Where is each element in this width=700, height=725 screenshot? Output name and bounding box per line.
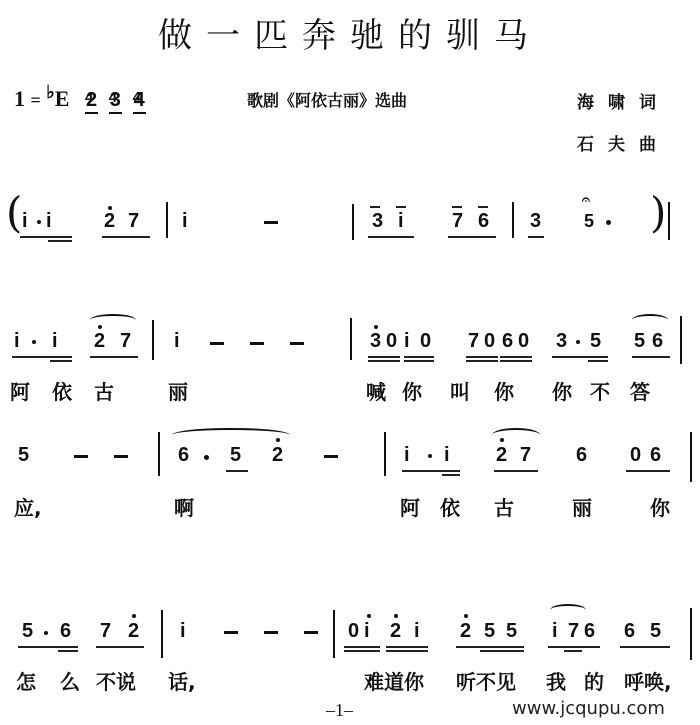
note: i bbox=[182, 210, 188, 232]
extension-dash bbox=[304, 631, 318, 634]
watermark: www.jcqupu.com bbox=[512, 698, 665, 719]
lyric: 不 bbox=[590, 376, 610, 405]
subtitle: 歌剧《阿依古丽》选曲 bbox=[247, 88, 407, 111]
bar-line bbox=[350, 318, 352, 360]
lyric: 听不见 bbox=[456, 666, 516, 695]
underline bbox=[386, 650, 428, 652]
note: i bbox=[22, 210, 28, 232]
bar-line bbox=[680, 316, 682, 364]
note: 5 bbox=[634, 330, 645, 352]
slur bbox=[172, 428, 290, 442]
note: 5 bbox=[484, 620, 495, 642]
note: 3 bbox=[372, 210, 383, 232]
extension-dash bbox=[324, 455, 338, 458]
extension-dash bbox=[290, 342, 304, 345]
underline bbox=[500, 356, 532, 358]
lyric: 古 bbox=[494, 492, 514, 521]
line-2-row: 5 6 5 2 i i 2 7 6 0 6 bbox=[0, 428, 700, 468]
duration-dot bbox=[204, 455, 209, 460]
note: i bbox=[398, 210, 404, 232]
note: 5 bbox=[650, 620, 661, 642]
note: 7 bbox=[452, 210, 463, 232]
composer-credit: 石夫曲 bbox=[577, 130, 670, 155]
page-number: –1– bbox=[326, 700, 353, 721]
duration-dot bbox=[576, 340, 580, 344]
lyric: 古 bbox=[94, 376, 114, 405]
close-parenthesis: ) bbox=[650, 192, 666, 234]
lyric: 叫 bbox=[450, 376, 470, 405]
note: 6 bbox=[624, 620, 635, 642]
lyric: 答 bbox=[630, 376, 650, 405]
note: 0 bbox=[386, 330, 397, 352]
line-3-row: 5 6 7 2 i 0 i 2 i 2 5 5 i 7 6 6 5 bbox=[0, 604, 700, 644]
line-1-lyrics: 阿 依 古 丽 喊 你 叫 你 你 不 答 bbox=[0, 376, 700, 416]
underline bbox=[456, 646, 524, 648]
note: 5 bbox=[18, 444, 29, 466]
bar-line bbox=[161, 610, 163, 658]
note: 7 bbox=[120, 330, 131, 352]
underline bbox=[20, 236, 72, 238]
slur bbox=[632, 314, 668, 326]
note: i bbox=[46, 210, 52, 232]
note: 7 bbox=[128, 210, 139, 232]
underline bbox=[552, 356, 608, 358]
extension-dash bbox=[250, 342, 264, 345]
underline bbox=[90, 356, 138, 358]
underline bbox=[50, 360, 72, 362]
note: 7 bbox=[520, 444, 531, 466]
note: 2 bbox=[496, 444, 507, 466]
slur bbox=[90, 314, 136, 326]
bar-line bbox=[152, 320, 154, 360]
duration-dot bbox=[606, 220, 611, 225]
underline bbox=[588, 360, 608, 362]
underline bbox=[58, 650, 78, 652]
lyric: 话, bbox=[168, 666, 196, 695]
note: i bbox=[444, 444, 450, 466]
note: 3 bbox=[556, 330, 567, 352]
octave-dot bbox=[374, 325, 378, 329]
lyric: 难道你 bbox=[364, 666, 424, 695]
note: 7 bbox=[468, 330, 479, 352]
note: 6 bbox=[478, 210, 489, 232]
underline bbox=[632, 356, 670, 358]
duration-dot bbox=[428, 454, 432, 458]
note: 2 bbox=[272, 444, 283, 466]
underline bbox=[528, 236, 544, 238]
time-signature-3-4: 34 bbox=[109, 89, 117, 105]
overline bbox=[452, 206, 462, 208]
key-tonic: 1 bbox=[14, 86, 25, 111]
lyric: 应, bbox=[14, 492, 42, 521]
note: i bbox=[414, 620, 420, 642]
line-2-lyrics: 应, 啊 阿 依 古 丽 你 bbox=[0, 492, 700, 532]
underline bbox=[564, 650, 582, 652]
bar-line bbox=[333, 610, 335, 658]
extension-dash bbox=[264, 631, 278, 634]
note: 5 bbox=[584, 210, 594, 232]
bar-line bbox=[352, 204, 354, 240]
note: 2 bbox=[460, 620, 471, 642]
note: 2 bbox=[104, 210, 115, 232]
note: 6 bbox=[502, 330, 513, 352]
lyric: 呼唤, bbox=[624, 666, 672, 695]
lyric: 的 bbox=[584, 666, 604, 695]
open-parenthesis: ( bbox=[6, 192, 22, 234]
underline bbox=[226, 470, 248, 472]
extension-dash bbox=[224, 631, 238, 634]
underline bbox=[368, 360, 400, 362]
underline bbox=[404, 356, 434, 358]
overline bbox=[396, 206, 406, 208]
lyric: 你 bbox=[494, 376, 514, 405]
note: 6 bbox=[584, 620, 595, 642]
underline bbox=[402, 470, 460, 472]
bar-line bbox=[384, 432, 386, 476]
overline bbox=[370, 206, 380, 208]
note: i bbox=[180, 620, 186, 642]
note: 5 bbox=[590, 330, 601, 352]
note: 3 bbox=[370, 330, 381, 352]
lyricist-credit: 海啸词 bbox=[577, 88, 670, 113]
note: 6 bbox=[178, 444, 189, 466]
note: 5 bbox=[230, 444, 241, 466]
note: 3 bbox=[530, 210, 541, 232]
bar-line bbox=[690, 608, 692, 660]
underline bbox=[12, 356, 72, 358]
note: 7 bbox=[100, 620, 111, 642]
lyric: 我 bbox=[546, 666, 566, 695]
note: 2 bbox=[128, 620, 139, 642]
duration-dot bbox=[44, 631, 48, 635]
octave-dot bbox=[132, 614, 136, 618]
underline bbox=[344, 650, 380, 652]
note: i bbox=[364, 620, 370, 642]
bar-line bbox=[158, 432, 160, 476]
duration-dot bbox=[32, 340, 36, 344]
lyric: 怎 bbox=[16, 666, 36, 695]
underline bbox=[404, 360, 434, 362]
song-title: 做一匹奔驰的驯马 bbox=[0, 8, 700, 57]
time-signature-2-4: 24 bbox=[85, 89, 93, 105]
octave-dot bbox=[108, 206, 112, 210]
underline bbox=[386, 646, 428, 648]
note: i bbox=[404, 444, 410, 466]
underline bbox=[620, 646, 670, 648]
underline bbox=[548, 646, 600, 648]
flat-icon: ♭ bbox=[46, 82, 55, 102]
overline bbox=[478, 206, 488, 208]
line-1-row: i i 2 7 i 3 0 i 0 7 0 6 0 3 5 5 6 bbox=[0, 312, 700, 352]
slur bbox=[550, 604, 586, 616]
underline bbox=[96, 646, 144, 648]
octave-dot bbox=[276, 438, 280, 442]
note: i bbox=[52, 330, 58, 352]
note: 0 bbox=[420, 330, 431, 352]
intro-row: ( i i 2 7 i 3 i 7 6 3 5 𝄐 ) bbox=[0, 196, 700, 236]
note: 5 bbox=[506, 620, 517, 642]
underline bbox=[448, 236, 496, 238]
bar-line bbox=[690, 432, 692, 482]
underline bbox=[466, 356, 498, 358]
extension-dash bbox=[74, 455, 88, 458]
lyric: 你 bbox=[552, 376, 572, 405]
octave-dot bbox=[500, 438, 504, 442]
key-signature: 1 = ♭E 24 34 44 bbox=[14, 86, 141, 112]
underline bbox=[494, 470, 538, 472]
lyric: 丽 bbox=[572, 492, 592, 521]
time-signature-4-4: 44 bbox=[133, 89, 141, 105]
note: 0 bbox=[518, 330, 529, 352]
note: 6 bbox=[652, 330, 663, 352]
lyric: 啊 bbox=[174, 492, 194, 521]
bar-line bbox=[668, 202, 670, 240]
lyric: 你 bbox=[650, 492, 670, 521]
note: 0 bbox=[348, 620, 359, 642]
octave-dot bbox=[98, 325, 102, 329]
octave-dot bbox=[367, 614, 371, 618]
note: i bbox=[552, 620, 558, 642]
key-note: E bbox=[55, 86, 70, 111]
octave-dot bbox=[464, 614, 468, 618]
octave-dot bbox=[394, 614, 398, 618]
underline bbox=[500, 360, 532, 362]
note: 2 bbox=[94, 330, 105, 352]
underline bbox=[18, 646, 78, 648]
key-equals: = bbox=[31, 90, 41, 110]
note: i bbox=[404, 330, 410, 352]
underline bbox=[344, 646, 380, 648]
underline bbox=[626, 470, 670, 472]
underline bbox=[480, 650, 524, 652]
extension-dash bbox=[210, 342, 224, 345]
note: 0 bbox=[484, 330, 495, 352]
bar-line bbox=[166, 202, 168, 238]
note: i bbox=[174, 330, 180, 352]
underline bbox=[368, 236, 414, 238]
underline bbox=[102, 236, 150, 238]
note: 6 bbox=[60, 620, 71, 642]
note: 7 bbox=[568, 620, 579, 642]
note: 6 bbox=[576, 444, 587, 466]
note: i bbox=[14, 330, 20, 352]
lyric: 不说 bbox=[96, 666, 136, 695]
extension-dash bbox=[114, 455, 128, 458]
lyric: 依 bbox=[52, 376, 72, 405]
extension-dash bbox=[264, 221, 278, 224]
note: 0 bbox=[630, 444, 641, 466]
note: 2 bbox=[390, 620, 401, 642]
fermata-icon: 𝄐 bbox=[582, 188, 590, 210]
duration-dot bbox=[37, 220, 41, 224]
lyric: 阿 bbox=[10, 376, 30, 405]
underline bbox=[368, 356, 400, 358]
underline bbox=[466, 360, 498, 362]
lyric: 依 bbox=[440, 492, 460, 521]
lyric: 阿 bbox=[400, 492, 420, 521]
underline bbox=[442, 474, 460, 476]
bar-line bbox=[512, 202, 514, 238]
lyric: 喊 bbox=[366, 376, 386, 405]
lyric: 你 bbox=[402, 376, 422, 405]
note: 6 bbox=[650, 444, 661, 466]
lyric: 么 bbox=[60, 666, 80, 695]
underline bbox=[48, 240, 72, 242]
lyric: 丽 bbox=[168, 376, 188, 405]
note: 5 bbox=[22, 620, 33, 642]
